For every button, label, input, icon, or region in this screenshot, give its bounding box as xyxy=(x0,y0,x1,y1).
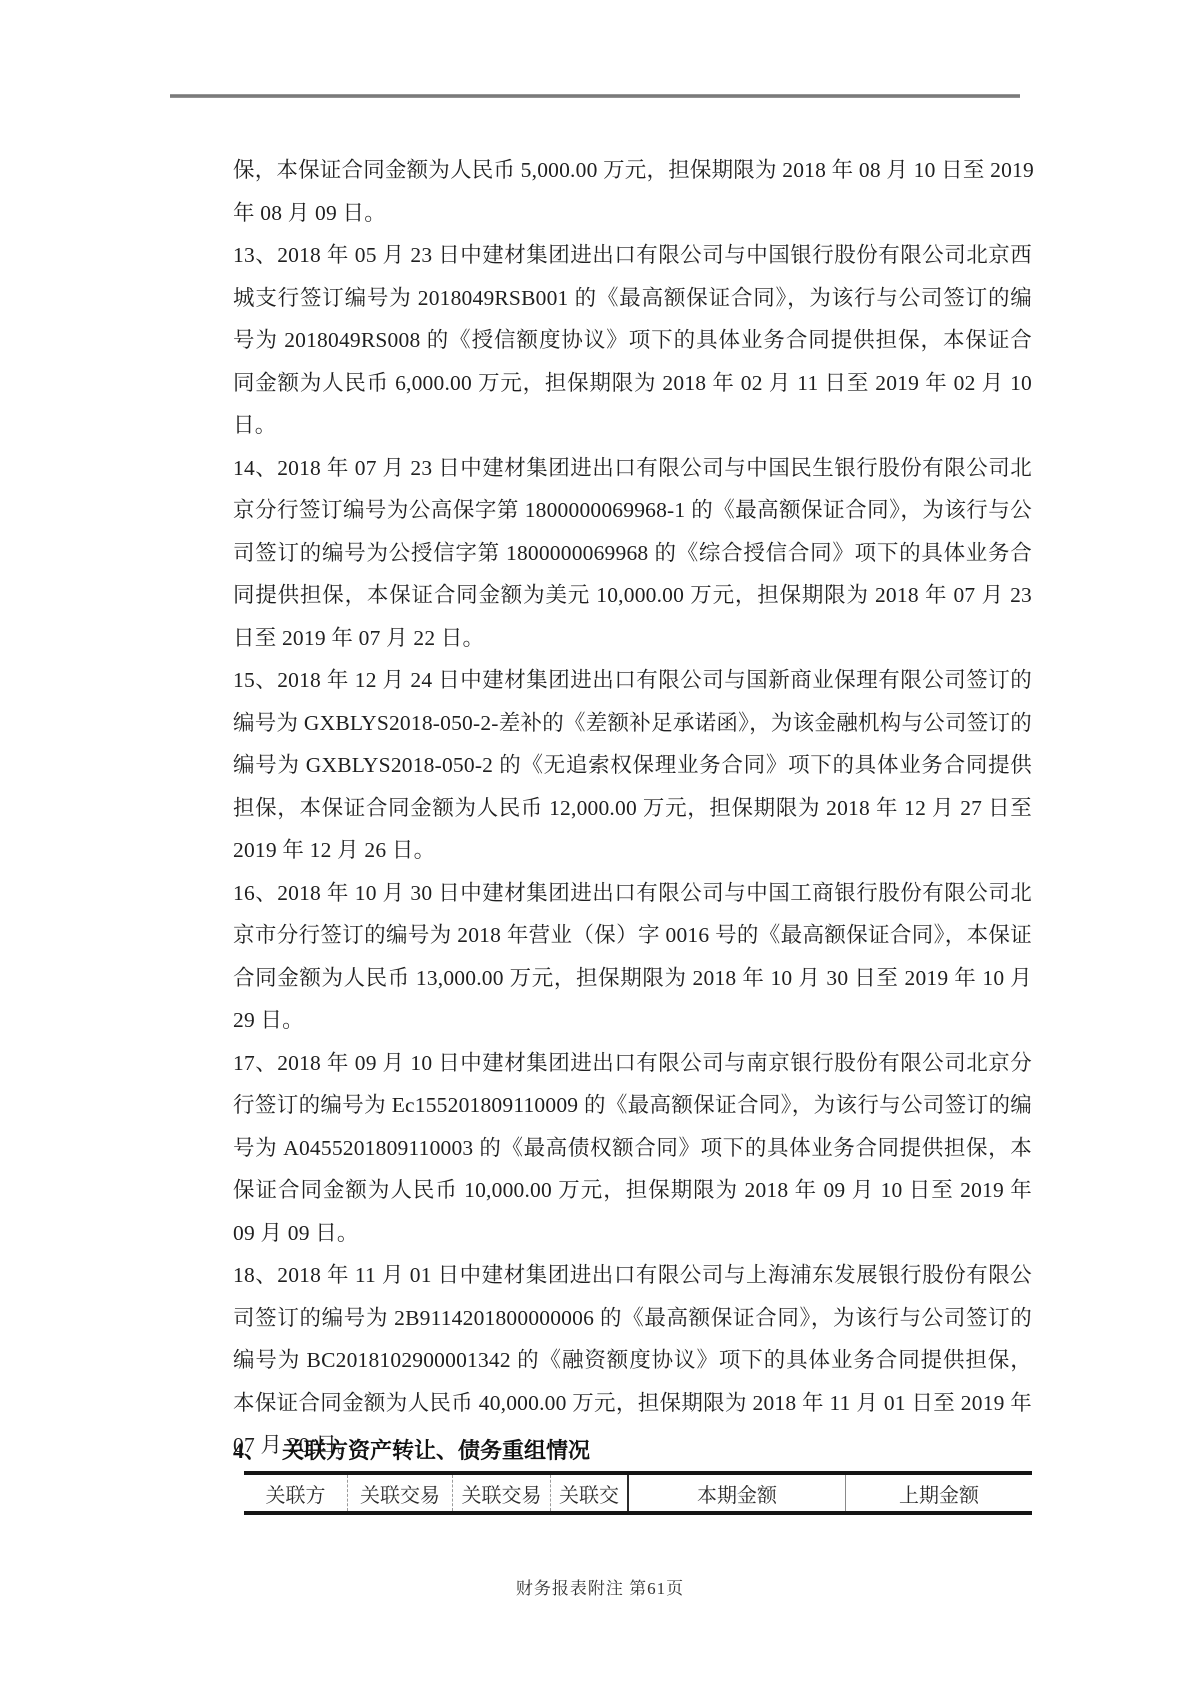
section-title: 关联方资产转让、债务重组情况 xyxy=(282,1438,590,1463)
text-line: 日至 2019 年 07 月 22 日。 xyxy=(233,617,1032,660)
text-line: 29 日。 xyxy=(233,999,1032,1042)
text-line: 09 月 09 日。 xyxy=(233,1212,1032,1255)
text-line: 行签订的编号为 Ec155201809110009 的《最高额保证合同》，为该行… xyxy=(233,1084,1032,1127)
text-line: 号为 A0455201809110003 的《最高债权额合同》项下的具体业务合同… xyxy=(233,1127,1032,1170)
section-heading: 4、关联方资产转让、债务重组情况 xyxy=(233,1434,1032,1465)
document-page: 保，本保证合同金额为人民币 5,000.00 万元，担保期限为 2018 年 0… xyxy=(0,0,1200,1697)
text-line: 年 08 月 09 日。 xyxy=(233,192,1032,235)
text-line: 同金额为人民币 6,000.00 万元，担保期限为 2018 年 02 月 11… xyxy=(233,362,1032,405)
text-line: 担保，本保证合同金额为人民币 12,000.00 万元，担保期限为 2018 年… xyxy=(233,787,1032,830)
table-header-cell: 关联交 xyxy=(550,1475,627,1511)
text-line: 城支行签订编号为 2018049RSB001 的《最高额保证合同》，为该行与公司… xyxy=(233,277,1032,320)
header-rule xyxy=(170,94,1020,98)
table-header-cell: 关联方 xyxy=(244,1475,347,1511)
table-header-cell: 关联交易 xyxy=(347,1475,452,1511)
text-line: 15、2018 年 12 月 24 日中建材集团进出口有限公司与国新商业保理有限… xyxy=(233,659,1032,702)
text-line: 编号为 GXBLYS2018-050-2 的《无追索权保理业务合同》项下的具体业… xyxy=(233,744,1032,787)
text-line: 京市分行签订的编号为 2018 年营业（保）字 0016 号的《最高额保证合同》… xyxy=(233,914,1032,957)
text-line: 17、2018 年 09 月 10 日中建材集团进出口有限公司与南京银行股份有限… xyxy=(233,1042,1032,1085)
text-line: 司签订的编号为 2B9114201800000006 的《最高额保证合同》，为该… xyxy=(233,1297,1032,1340)
text-line: 编号为 GXBLYS2018-050-2-差补的《差额补足承诺函》，为该金融机构… xyxy=(233,702,1032,745)
related-party-table: 关联方关联交易关联交易关联交本期金额上期金额 xyxy=(244,1471,1032,1515)
text-line: 保，本保证合同金额为人民币 5,000.00 万元，担保期限为 2018 年 0… xyxy=(233,149,1032,192)
text-line: 编号为 BC2018102900001342 的《融资额度协议》项下的具体业务合… xyxy=(233,1339,1032,1382)
table-header-row: 关联方关联交易关联交易关联交本期金额上期金额 xyxy=(244,1475,1032,1511)
text-line: 2019 年 12 月 26 日。 xyxy=(233,829,1032,872)
text-line: 京分行签订编号为公高保字第 1800000069968-1 的《最高额保证合同》… xyxy=(233,489,1032,532)
text-line: 18、2018 年 11 月 01 日中建材集团进出口有限公司与上海浦东发展银行… xyxy=(233,1254,1032,1297)
table-header-cell: 上期金额 xyxy=(845,1475,1032,1511)
table-header-cell: 关联交易 xyxy=(452,1475,550,1511)
body-text: 保，本保证合同金额为人民币 5,000.00 万元，担保期限为 2018 年 0… xyxy=(233,149,1032,1467)
text-line: 16、2018 年 10 月 30 日中建材集团进出口有限公司与中国工商银行股份… xyxy=(233,872,1032,915)
text-line: 司签订的编号为公授信字第 1800000069968 的《综合授信合同》项下的具… xyxy=(233,532,1032,575)
text-line: 14、2018 年 07 月 23 日中建材集团进出口有限公司与中国民生银行股份… xyxy=(233,447,1032,490)
text-line: 日。 xyxy=(233,404,1032,447)
page-footer: 财务报表附注 第61页 xyxy=(0,1574,1200,1599)
section-number: 4、 xyxy=(233,1434,282,1465)
table-header-cell: 本期金额 xyxy=(627,1475,845,1511)
text-line: 13、2018 年 05 月 23 日中建材集团进出口有限公司与中国银行股份有限… xyxy=(233,234,1032,277)
text-line: 本保证合同金额为人民币 40,000.00 万元，担保期限为 2018 年 11… xyxy=(233,1382,1032,1425)
text-line: 保证合同金额为人民币 10,000.00 万元，担保期限为 2018 年 09 … xyxy=(233,1169,1032,1212)
text-line: 同提供担保，本保证合同金额为美元 10,000.00 万元，担保期限为 2018… xyxy=(233,574,1032,617)
text-line: 号为 2018049RS008 的《授信额度协议》项下的具体业务合同提供担保，本… xyxy=(233,319,1032,362)
text-line: 合同金额为人民币 13,000.00 万元，担保期限为 2018 年 10 月 … xyxy=(233,957,1032,1000)
